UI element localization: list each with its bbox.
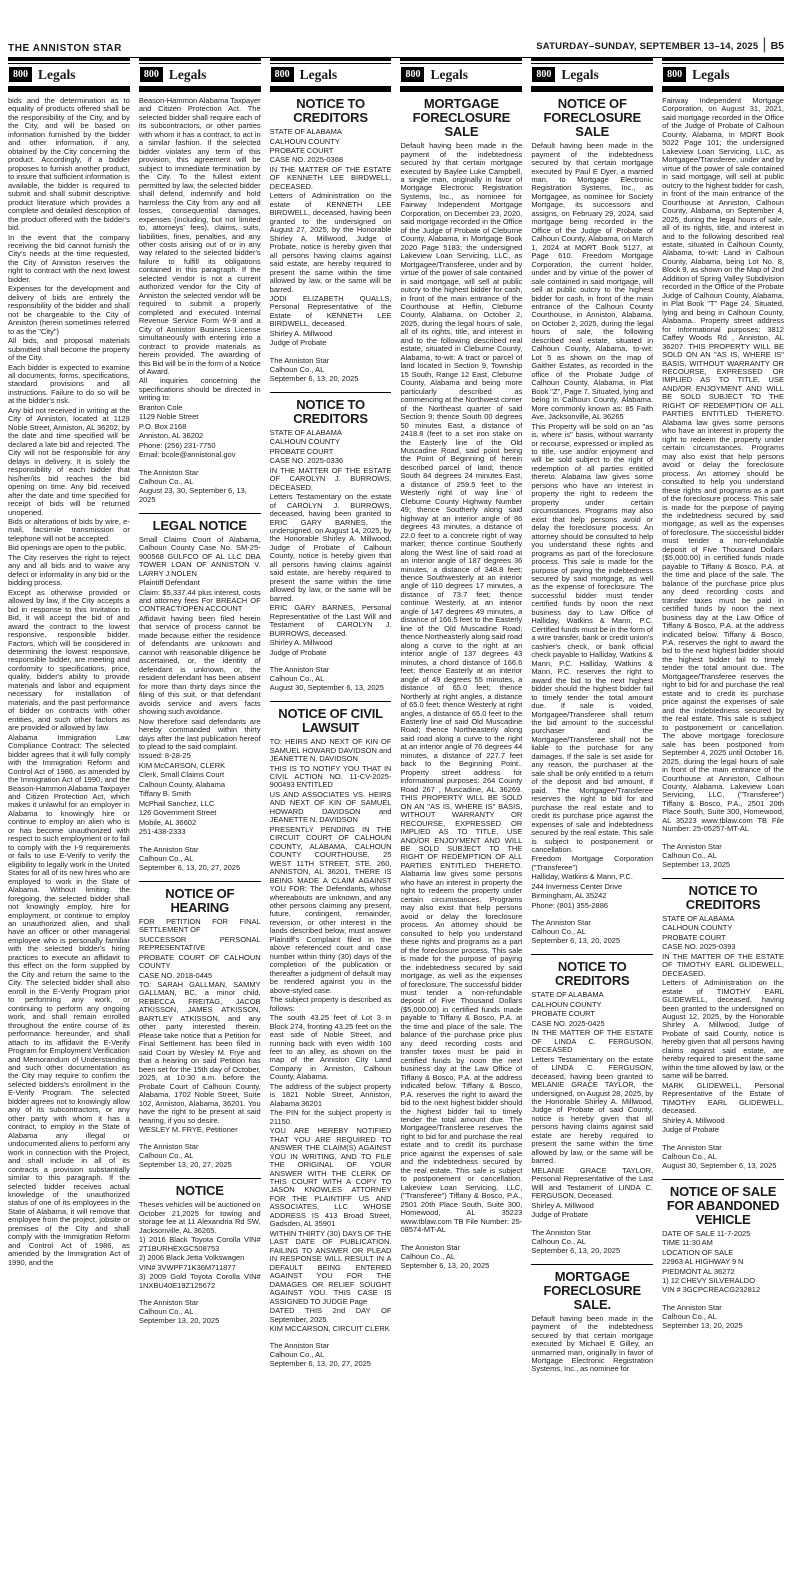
legal-notice: bids and the determination as to equalit… [8, 97, 130, 1267]
notice-paragraph: JODI ELIZABETH QUALLS, Personal Represen… [270, 295, 392, 329]
publication-tag: The Anniston StarCalhoun Co., ALSeptembe… [531, 918, 653, 945]
publication-tag-line: August 23, 30, September 6, 13, 2025 [139, 486, 261, 504]
publication-tag-line: Calhoun Co., AL [662, 1312, 784, 1321]
publication-tag-line: Calhoun Co., AL [270, 674, 392, 683]
notice-paragraph: KIM MCCARSON, CIRCUIT CLERK [270, 1325, 392, 1333]
publication-tag-line: September 13, 20, 2025 [662, 1321, 784, 1330]
publication-tag-line: Calhoun Co., AL [400, 1252, 522, 1261]
category-header-rule: 800Legals [270, 63, 392, 92]
publication-tag-line: The Anniston Star [270, 356, 392, 365]
notice-paragraph: 1) 2016 Black Toyota Corolla VIN# 2T1BUR… [139, 1236, 261, 1253]
notice-paragraph: Beason-Hammon Alabama Taxpayer and Citiz… [139, 97, 261, 376]
notice-heading: NOTICE TO CREDITORS [271, 398, 391, 426]
notice-paragraph: DATE OF SALE 11-7-2025 [662, 1230, 784, 1238]
notice-paragraph: Small Claims Court of Alabama, Calhoun C… [139, 536, 261, 578]
notice-paragraph: CASE NO. 2018-0445 [139, 972, 261, 980]
publication-tag-line: September 13, 20, 2025 [139, 1316, 261, 1325]
legals-column: 800LegalsMORTGAGE FORECLOSURE SALEDefaul… [400, 58, 522, 1578]
notice-paragraph: WITHIN THIRTY (30) DAYS OF THE LAST DATE… [270, 1230, 392, 1306]
notice-paragraph: The City reserves the right to reject an… [8, 554, 130, 588]
publication-tag: The Anniston StarCalhoun Co., ALSeptembe… [270, 356, 392, 383]
notice-paragraph: DATED THIS 2nd DAY OF September, 2025. [270, 1307, 392, 1324]
notice-paragraph: The subject property is described as fol… [270, 996, 392, 1013]
publication-tag-line: The Anniston Star [139, 468, 261, 477]
date-line: SATURDAY–SUNDAY, SEPTEMBER 13–14, 2025 [536, 41, 758, 52]
publication-tag-line: September 13, 2025 [662, 860, 784, 869]
category-header-row: 800Legals [8, 64, 130, 86]
legal-notice: Beason-Hammon Alabama Taxpayer and Citiz… [139, 97, 261, 504]
notice-paragraph: Default having been made in the payment … [531, 1315, 653, 1374]
notice-paragraph: Anniston, AL 36202 [139, 432, 261, 440]
notice-heading: NOTICE OF CIVIL LAWSUIT [271, 707, 391, 735]
publication-tag-line: The Anniston Star [662, 1143, 784, 1152]
legal-notice: LEGAL NOTICESmall Claims Court of Alabam… [139, 519, 261, 872]
category-label: Legals [300, 68, 338, 82]
publication-tag: The Anniston StarCalhoun Co., ALSeptembe… [662, 1303, 784, 1330]
notice-paragraph: MARK GLIDEWELL, Personal Representative … [662, 1082, 784, 1116]
notice-paragraph: 22963 AL HIGHWAY 9 N [662, 1258, 784, 1266]
notice-paragraph: YOU ARE HEREBY NOTIFIED THAT YOU ARE REQ… [270, 1127, 392, 1229]
category-header-rule: 800Legals [8, 63, 130, 92]
publication-tag-line: Calhoun Co., AL [139, 477, 261, 486]
notice-paragraph: Phone: (801) 355-2886 [531, 902, 653, 910]
publication-tag-line: September 6, 13, 20, 2025 [400, 1261, 522, 1270]
legal-notice: NOTICE TO CREDITORSSTATE OF ALABAMACALHO… [531, 960, 653, 1254]
legals-column: 800LegalsNOTICE TO CREDITORSSTATE OF ALA… [270, 58, 392, 1578]
publication-tag-line: The Anniston Star [139, 845, 261, 854]
notice-paragraph: LOCATION OF SALE [662, 1249, 784, 1257]
publication-tag-line: September 13, 20, 27, 2025 [139, 1160, 261, 1169]
publication-tag-line: The Anniston Star [662, 842, 784, 851]
notice-paragraph: VIN# 3VWPF71K36M711877 [139, 1264, 261, 1272]
category-number-badge: 800 [9, 67, 32, 82]
category-header-rule: 800Legals [400, 63, 522, 92]
notice-paragraph: Letters of Administration on the estate … [270, 192, 392, 294]
notice-paragraph: Tiffany B. Smith [139, 790, 261, 798]
notice-paragraph: Calhoun County, Alabama [139, 781, 261, 789]
notice-paragraph: CASE NO. 2025-0425 [531, 1020, 653, 1028]
notice-paragraph: CASE NO. 2025-0368 [270, 156, 392, 164]
category-header: 800Legals [662, 58, 784, 92]
notice-paragraph: Default having been made in the payment … [531, 142, 653, 421]
category-header: 800Legals [400, 58, 522, 92]
notice-paragraph: Shirley A. Millwood [270, 639, 392, 647]
category-header-rule: 800Legals [139, 63, 261, 92]
publication-tag-line: The Anniston Star [400, 1243, 522, 1252]
notice-paragraph: ERIC GARY BARNES, Personal Representativ… [270, 604, 392, 638]
publication-tag-line: The Anniston Star [270, 1341, 392, 1350]
legal-notice: NOTICE OF HEARINGFOR PETITION FOR FINAL … [139, 887, 261, 1170]
notice-paragraph: McPhail Sanchez, LLC [139, 800, 261, 808]
page-separator: | [758, 36, 770, 53]
notice-paragraph: Judge of Probate [270, 339, 392, 347]
notice-paragraph: TIME 11:30 AM [662, 1239, 784, 1247]
publication-tag: The Anniston StarCalhoun Co., ALAugust 3… [662, 1143, 784, 1170]
legals-column: 800LegalsFairway Independent Mortgage Co… [662, 58, 784, 1578]
notice-paragraph: Phone: (256) 231-7750 [139, 442, 261, 450]
notice-paragraph: All bids, and proposal materials submitt… [8, 337, 130, 362]
notice-paragraph: CALHOUN COUNTY [662, 924, 784, 932]
publication-tag-line: The Anniston Star [531, 1228, 653, 1237]
notice-paragraph: P.O. Box 2168 [139, 423, 261, 431]
category-header-row: 800Legals [662, 64, 784, 86]
notice-paragraph: 244 Inverness Center Drive [531, 883, 653, 891]
notice-paragraph: Any bid not received in writing at the C… [8, 407, 130, 517]
notice-paragraph: CASE NO. 2025-0393 [662, 943, 784, 951]
category-header-rule: 800Legals [662, 63, 784, 92]
legal-notice: MORTGAGE FORECLOSURE SALEDefault having … [400, 97, 522, 1270]
publication-tag-line: The Anniston Star [531, 918, 653, 927]
legal-notice: NOTICE OF FORECLOSURE SALEDefault having… [531, 97, 653, 945]
notice-paragraph: STATE OF ALABAMA [662, 915, 784, 923]
notice-paragraph: VIN # 3GCPCREACG232812 [662, 1286, 784, 1294]
notice-paragraph: FOR PETITION FOR FINAL SETTLEMENT OF [139, 918, 261, 935]
publication-tag: The Anniston StarCalhoun Co., ALSeptembe… [270, 1341, 392, 1368]
notice-paragraph: PRESENTLY PENDING IN THE CIRCUIT COURT O… [270, 826, 392, 995]
notice-divider [531, 954, 653, 955]
legals-column: 800Legalsbids and the determination as t… [8, 58, 130, 1578]
notice-paragraph: 3) 2009 Gold Toyota Corolla VIN# 1NXBU40… [139, 1273, 261, 1290]
notice-paragraph: This Property will be sold on an "as is,… [531, 423, 653, 855]
publication-tag-line: August 30, September 6, 13, 2025 [662, 1161, 784, 1170]
notice-divider [531, 1264, 653, 1265]
notice-paragraph: Freedom Mortgage Corporation ("Transfere… [531, 855, 653, 872]
notice-paragraph: Judge of Probate [270, 649, 392, 657]
notice-paragraph: The PIN for the subject property is 2115… [270, 1109, 392, 1126]
legal-notice: NOTICE TO CREDITORSSTATE OF ALABAMACALHO… [270, 97, 392, 383]
publication-tag: The Anniston StarCalhoun Co., ALSeptembe… [139, 1142, 261, 1169]
legals-column: 800LegalsBeason-Hammon Alabama Taxpayer … [139, 58, 261, 1578]
notice-paragraph: Issued: 8-28-25 [139, 752, 261, 760]
publication-tag-line: September 6, 13, 20, 27, 2025 [270, 1359, 392, 1368]
category-number-badge: 800 [532, 67, 555, 82]
notice-paragraph: IN THE MATTER OF THE ESTATE OF LINDA C. … [531, 1029, 653, 1054]
notice-paragraph: The address of the subject property is 1… [270, 1083, 392, 1108]
notice-paragraph: STATE OF ALABAMA [270, 128, 392, 136]
notice-paragraph: Letters of Administration on the estate … [662, 979, 784, 1081]
notice-paragraph: Branton Cole [139, 404, 261, 412]
notice-paragraph: Letters Testamentary on the estate of LI… [531, 1056, 653, 1166]
notice-paragraph: IN THE MATTER OF THE ESTATE OF TIMOTHY E… [662, 953, 784, 978]
notice-heading: NOTICE OF FORECLOSURE SALE [532, 97, 652, 139]
notice-paragraph: Email: bcole@annistonal.gov [139, 451, 261, 459]
notice-paragraph: Fairway Independent Mortgage Corporation… [662, 97, 784, 834]
category-number-badge: 800 [271, 67, 294, 82]
category-number-badge: 800 [140, 67, 163, 82]
notice-paragraph: TO: SARAH GALLMAN, SAMMY GALLMAN, BC, a … [139, 981, 261, 1125]
category-header-row: 800Legals [400, 64, 522, 86]
publication-tag-line: Calhoun Co., AL [139, 1151, 261, 1160]
publication-tag-line: September 6, 13, 20, 27, 2025 [139, 863, 261, 872]
notice-paragraph: PIEDMONT AL 36272 [662, 1268, 784, 1276]
notice-paragraph: 126 Government Street [139, 809, 261, 817]
notice-paragraph: Shirley A. Millwood [662, 1117, 784, 1125]
notice-paragraph: Plaintiff Defendant [139, 579, 261, 587]
category-header-row: 800Legals [139, 64, 261, 86]
notice-paragraph: 1) 12 CHEVY SILVERALDO [662, 1277, 784, 1285]
publication-tag: The Anniston StarCalhoun Co., ALSeptembe… [139, 1298, 261, 1325]
legal-notice: Fairway Independent Mortgage Corporation… [662, 97, 784, 869]
publication-tag-line: Calhoun Co., AL [139, 854, 261, 863]
notice-paragraph: Halliday, Watkins & Mann, P.C. [531, 873, 653, 881]
notice-paragraph: PROBATE COURT [662, 934, 784, 942]
category-label: Legals [169, 68, 207, 82]
category-label: Legals [692, 68, 730, 82]
notice-paragraph: CASE NO. 2025-0336 [270, 457, 392, 465]
publication-tag-line: The Anniston Star [139, 1142, 261, 1151]
notice-paragraph: CALHOUN COUNTY [531, 1001, 653, 1009]
notice-paragraph: Shirley A. Millwood [270, 330, 392, 338]
notice-paragraph: The south 43.25 feet of Lot 3 in Block 2… [270, 1014, 392, 1082]
notice-divider [139, 881, 261, 882]
publication-tag-line: Calhoun Co., AL [139, 1307, 261, 1316]
publication-tag-line: Calhoun Co., AL [662, 851, 784, 860]
notice-paragraph: Bids or alterations of bids by wire, e-m… [8, 518, 130, 543]
notice-paragraph: Alabama Immigration Law Compliance Contr… [8, 734, 130, 1268]
publication-tag-line: September 6, 13, 20, 2025 [531, 936, 653, 945]
publication-tag: The Anniston StarCalhoun Co., ALSeptembe… [400, 1243, 522, 1270]
notice-paragraph: Now therefore said defendants are hereby… [139, 718, 261, 752]
notice-divider [270, 701, 392, 702]
notice-heading: NOTICE OF HEARING [140, 887, 260, 915]
notice-paragraph: MELANIE GRACE TAYLOR, Personal Represent… [531, 1167, 653, 1201]
notice-paragraph: KIM McCARSON, CLERK [139, 762, 261, 770]
newspaper-name: THE ANNISTON STAR [8, 43, 122, 54]
notice-heading: LEGAL NOTICE [140, 519, 260, 533]
notice-paragraph: Clerk, Small Claims Court [139, 771, 261, 779]
notice-heading: NOTICE TO CREDITORS [532, 960, 652, 988]
publication-tag: The Anniston StarCalhoun Co., ALSeptembe… [662, 842, 784, 869]
notice-paragraph: CALHOUN COUNTY [270, 138, 392, 146]
notice-paragraph: CALHOUN COUNTY [270, 438, 392, 446]
category-header: 800Legals [531, 58, 653, 92]
category-number-badge: 800 [663, 67, 686, 82]
notice-paragraph: Default having been made in the payment … [400, 142, 522, 1234]
publication-tag-line: September 6, 13, 20, 2025 [531, 1246, 653, 1255]
publication-tag-line: The Anniston Star [662, 1303, 784, 1312]
notice-paragraph: All inquiries concerning the specificati… [139, 377, 261, 402]
category-header-row: 800Legals [531, 64, 653, 86]
notice-heading: NOTICE TO CREDITORS [663, 884, 783, 912]
notice-paragraph: PROBATE COURT [531, 1010, 653, 1018]
notice-paragraph: Except as otherwise provided or allowed … [8, 589, 130, 733]
category-header-rule: 800Legals [531, 63, 653, 92]
notice-paragraph: Letters Testamentary on the estate of CA… [270, 493, 392, 603]
notice-divider [139, 513, 261, 514]
legal-notice: NOTICE OF SALE FOR ABANDONED VEHICLEDATE… [662, 1185, 784, 1330]
notice-divider [139, 1178, 261, 1179]
publication-tag: The Anniston StarCalhoun Co., ALSeptembe… [139, 845, 261, 872]
notice-divider [662, 1179, 784, 1180]
category-label: Legals [561, 68, 599, 82]
notice-paragraph: In the event that the company receiving … [8, 234, 130, 285]
publication-tag-line: The Anniston Star [270, 665, 392, 674]
notice-paragraph: Judge of Probate [662, 1126, 784, 1134]
publication-tag-line: September 6, 13, 20, 2025 [270, 374, 392, 383]
notice-paragraph: PROBATE COURT [270, 147, 392, 155]
notice-paragraph: TO: HEIRS AND NEXT OF KIN OF SAMUEL HOWA… [270, 738, 392, 763]
category-header: 800Legals [8, 58, 130, 92]
publication-tag-line: Calhoun Co., AL [531, 927, 653, 936]
notice-paragraph: 2) 2006 Black Jetta Volkswagen [139, 1254, 261, 1262]
notice-paragraph: Birmingham, AL 35242 [531, 892, 653, 900]
category-header-row: 800Legals [270, 64, 392, 86]
notice-paragraph: Mobile, AL 36602 [139, 819, 261, 827]
notice-heading: NOTICE OF SALE FOR ABANDONED VEHICLE [663, 1185, 783, 1227]
notice-paragraph: Theses vehicles will be auctioned on Oct… [139, 1201, 261, 1235]
notice-paragraph: PROBATE COURT OF CALHOUN COUNTY [139, 954, 261, 971]
notice-paragraph: STATE OF ALABAMA [531, 991, 653, 999]
notice-paragraph: bids and the determination as to equalit… [8, 97, 130, 233]
publication-tag-line: Calhoun Co., AL [662, 1152, 784, 1161]
notice-paragraph: WESLEY M. FRYE, Petitioner [139, 1126, 261, 1134]
notice-heading: MORTGAGE FORECLOSURE SALE. [532, 1270, 652, 1312]
legal-notice: MORTGAGE FORECLOSURE SALE.Default having… [531, 1270, 653, 1374]
masthead-right: SATURDAY–SUNDAY, SEPTEMBER 13–14, 2025|B… [536, 36, 784, 54]
notice-paragraph: 1129 Noble Street [139, 413, 261, 421]
notice-paragraph: Claim: $5,337.44 plus interest, costs an… [139, 589, 261, 614]
notice-paragraph: US AND ASSOCIATES VS. HEIRS AND NEXT OF … [270, 791, 392, 825]
category-number-badge: 800 [401, 67, 424, 82]
notice-paragraph: IN THE MATTER OF THE ESTATE OF KENNETH L… [270, 166, 392, 191]
notice-heading: MORTGAGE FORECLOSURE SALE [401, 97, 521, 139]
notice-paragraph: IN THE MATTER OF THE ESTATE OF CAROLYN J… [270, 467, 392, 492]
notice-paragraph: Affidavit having been filed herein that … [139, 615, 261, 717]
notice-paragraph: THIS IS TO NOTIFY YOU THAT IN CIVIL ACTI… [270, 765, 392, 790]
notice-heading: NOTICE [140, 1184, 260, 1198]
notice-paragraph: Expenses for the development and deliver… [8, 285, 130, 336]
notice-paragraph: SUCCESSOR PERSONAL REPRESENTATIVE [139, 936, 261, 953]
notice-paragraph: STATE OF ALABAMA [270, 429, 392, 437]
notice-paragraph: 251-438-2333 [139, 828, 261, 836]
notice-paragraph: Judge of Probate [531, 1211, 653, 1219]
page-number: B5 [771, 40, 784, 52]
publication-tag-line: The Anniston Star [139, 1298, 261, 1307]
notice-divider [662, 878, 784, 879]
category-label: Legals [38, 68, 76, 82]
publication-tag: The Anniston StarCalhoun Co., ALAugust 3… [270, 665, 392, 692]
publication-tag-line: Calhoun Co., AL [270, 365, 392, 374]
notice-paragraph: Shirley A. Millwood [531, 1202, 653, 1210]
category-label: Legals [430, 68, 468, 82]
legals-columns: 800Legalsbids and the determination as t… [8, 58, 784, 1578]
legals-column: 800LegalsNOTICE OF FORECLOSURE SALEDefau… [531, 58, 653, 1578]
legal-notice: NOTICE TO CREDITORSSTATE OF ALABAMACALHO… [270, 398, 392, 692]
notice-paragraph: PROBATE COURT [270, 448, 392, 456]
publication-tag-line: Calhoun Co., AL [270, 1350, 392, 1359]
publication-tag-line: August 30, September 6, 13, 2025 [270, 683, 392, 692]
legal-notice: NOTICETheses vehicles will be auctioned … [139, 1184, 261, 1325]
publication-tag: The Anniston StarCalhoun Co., ALSeptembe… [531, 1228, 653, 1255]
legal-notice: NOTICE OF CIVIL LAWSUITTO: HEIRS AND NEX… [270, 707, 392, 1368]
notice-divider [270, 392, 392, 393]
category-header: 800Legals [139, 58, 261, 92]
notice-heading: NOTICE TO CREDITORS [271, 97, 391, 125]
notice-paragraph: Bid openings are open to the public. [8, 544, 130, 552]
publication-tag-line: Calhoun Co., AL [531, 1237, 653, 1246]
masthead: THE ANNISTON STAR SATURDAY–SUNDAY, SEPTE… [8, 36, 784, 58]
category-header: 800Legals [270, 58, 392, 92]
legal-notice: NOTICE TO CREDITORSSTATE OF ALABAMACALHO… [662, 884, 784, 1170]
notice-paragraph: Each bidder is expected to examine all d… [8, 364, 130, 406]
publication-tag: The Anniston StarCalhoun Co., ALAugust 2… [139, 468, 261, 504]
